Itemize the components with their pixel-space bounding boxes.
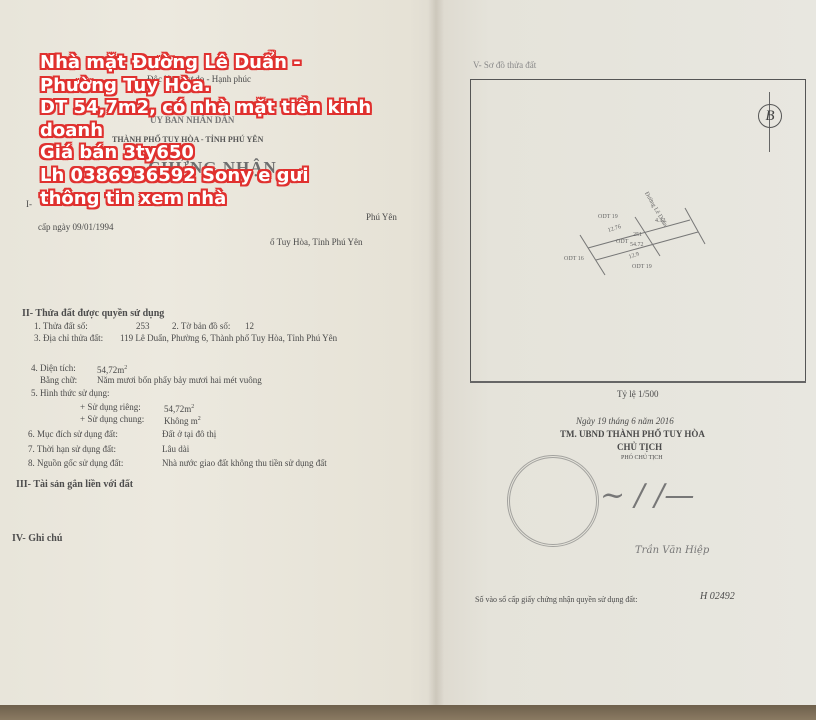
official-seal: [507, 455, 599, 547]
map-neighbor-left: ODT 16: [564, 254, 584, 265]
north-arrow-icon: B: [758, 104, 782, 128]
usage-form-label: 5. Hình thức sử dụng:: [31, 388, 110, 399]
map-parcel-type: ODT: [616, 237, 628, 248]
signer-title: CHỦ TỊCH: [617, 442, 662, 453]
signature-icon: ~ / /—: [600, 478, 694, 513]
shared-use-value: Không m2: [164, 414, 201, 427]
map-neighbor-bottom: ODT 19: [632, 262, 652, 273]
overlay-line-cta: thông tin xem nhà: [40, 188, 371, 211]
area-in-words-value: Năm mươi bốn phẩy bảy mươi hai mét vuông: [97, 375, 262, 386]
private-use-label: + Sử dụng riêng:: [80, 402, 141, 413]
map-width-right: 4.32: [655, 216, 666, 227]
term-label: 7. Thời hạn sử dụng đất:: [28, 444, 116, 455]
overlay-line-ward: Phường Tuy Hòa.: [40, 75, 371, 98]
section3-heading: III- Tài sản gắn liền với đất: [16, 479, 133, 490]
parcel-label: 1. Thửa đất số:: [34, 321, 88, 332]
table-surface: [0, 705, 816, 720]
overlay-line-contact: Lh 0386936592 Sony e gưi: [40, 165, 371, 188]
registry-number: H 02492: [700, 591, 735, 602]
purpose-label: 6. Mục đích sử dụng đất:: [28, 429, 118, 440]
map-neighbor-top: ODT 19: [598, 212, 618, 223]
parcel-value: 253: [136, 321, 150, 332]
section2-heading: II- Thửa đất được quyền sử dụng: [22, 308, 164, 319]
address-value: 119 Lê Duẩn, Phường 6, Thành phố Tuy Hòa…: [120, 333, 337, 344]
area-in-words-label: Bằng chữ:: [40, 375, 77, 386]
listing-overlay: Nhà mặt Đường Lê Duẩn - Phường Tuy Hòa. …: [40, 52, 371, 210]
scale-divider: [470, 381, 806, 383]
term-value: Lâu dài: [162, 444, 189, 455]
section1-heading: I-: [26, 199, 32, 210]
issue-date: cấp ngày 09/01/1994: [38, 222, 114, 233]
origin-label: 8. Nguồn gốc sử dụng đất:: [28, 458, 123, 469]
area-label: 4. Diện tích:: [31, 363, 76, 374]
page-fold: [428, 0, 444, 705]
map-sheet-label: 2. Tờ bản đồ số:: [172, 321, 230, 332]
signer-org: TM. UBND THÀNH PHỐ TUY HÒA: [560, 429, 705, 440]
overlay-line-title: Nhà mặt Đường Lê Duẩn -: [40, 52, 371, 75]
overlay-line-business: doanh: [40, 120, 371, 143]
shared-use-label: + Sử dụng chung:: [80, 414, 144, 425]
signer-name: Trần Văn Hiệp: [635, 545, 709, 556]
overlay-line-price: Giá bán 3ty650: [40, 142, 371, 165]
map-sheet-value: 12: [245, 321, 254, 332]
section4-heading: IV- Ghi chú: [12, 533, 62, 544]
section1-fragment: Phú Yên: [366, 212, 397, 223]
sign-date: Ngày 19 tháng 6 năm 2016: [576, 416, 674, 427]
signer-subtitle: PHÓ CHỦ TỊCH: [621, 453, 663, 464]
map-scale: Tỷ lệ 1/500: [617, 389, 659, 400]
parcel-diagram: [540, 180, 710, 280]
section5-heading: V- Sơ đồ thửa đất: [473, 60, 536, 71]
overlay-line-area: DT 54,7m2, có nhà mặt tiền kinh: [40, 97, 371, 120]
registry-label: Số vào sổ cấp giấy chứng nhận quyền sử d…: [475, 594, 637, 605]
origin-value: Nhà nước giao đất không thu tiền sử dụng…: [162, 458, 327, 469]
purpose-value: Đất ở tại đô thị: [162, 429, 216, 440]
section1-address: ố Tuy Hòa, Tỉnh Phú Yên: [270, 237, 363, 248]
address-label: 3. Địa chỉ thửa đất:: [34, 333, 103, 344]
